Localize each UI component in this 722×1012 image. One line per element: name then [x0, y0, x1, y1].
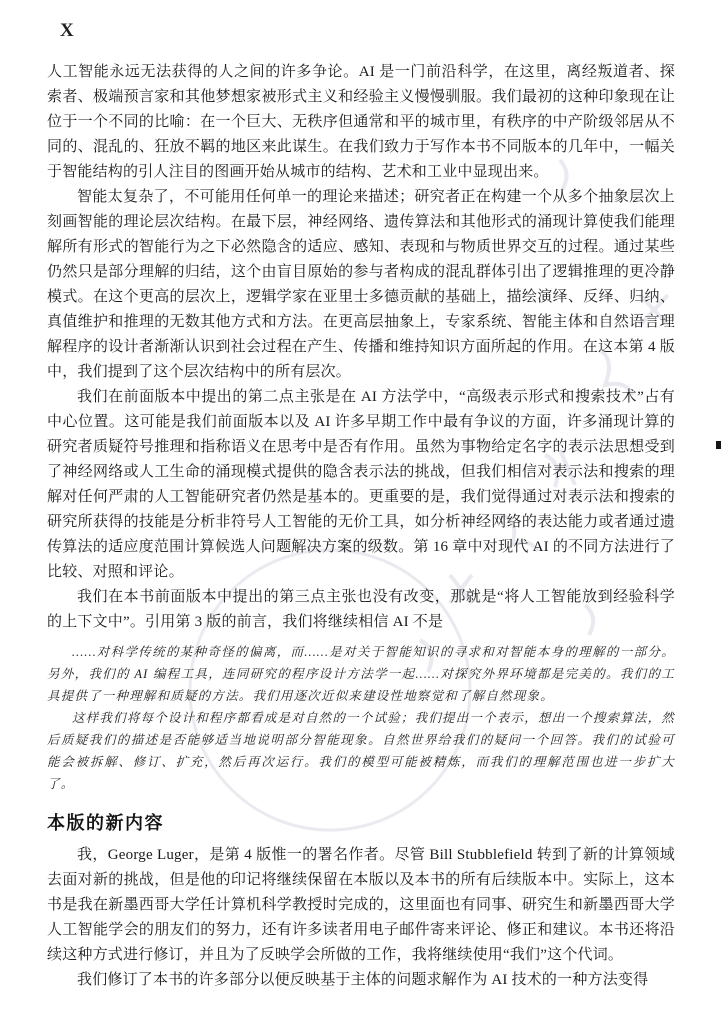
quote-paragraph-2: 这样我们将每个设计和程序都看成是对自然的一个试验；我们提出一个表示，想出一个搜索…: [47, 707, 675, 795]
block-quote: ……对科学传统的某种奇怪的偏离，而……是对关于智能知识的寻求和对智能本身的理解的…: [47, 641, 675, 795]
page-content: 人工智能永远无法获得的人之间的许多争论。AI 是一门前沿科学，在这里，离经叛道者…: [47, 0, 675, 993]
paragraph-3: 我们在前面版本中提出的第二点主张是在 AI 方法学中，“高级表示形式和搜索技术”…: [47, 385, 675, 585]
book-page: X 人工智能永远无法获得的人之间的许多争论。AI 是一门前沿科学，在这里，离经叛…: [0, 0, 722, 1012]
paragraph-5: 我，George Luger，是第 4 版惟一的署名作者。尽管 Bill Stu…: [47, 843, 675, 968]
quote-paragraph-1: ……对科学传统的某种奇怪的偏离，而……是对关于智能知识的寻求和对智能本身的理解的…: [47, 641, 675, 707]
paragraph-4: 我们在本书前面版本中提出的第三点主张也没有改变，那就是“将人工智能放到经验科学的…: [47, 585, 675, 635]
scan-edge-mark: [716, 441, 721, 449]
paragraph-6: 我们修订了本书的许多部分以便反映基于主体的问题求解作为 AI 技术的一种方法变得: [47, 968, 675, 993]
section-heading: 本版的新内容: [47, 809, 675, 835]
paragraph-1: 人工智能永远无法获得的人之间的许多争论。AI 是一门前沿科学，在这里，离经叛道者…: [47, 60, 675, 185]
paragraph-2: 智能太复杂了，不可能用任何单一的理论来描述；研究者正在构建一个从多个抽象层次上刻…: [47, 185, 675, 385]
